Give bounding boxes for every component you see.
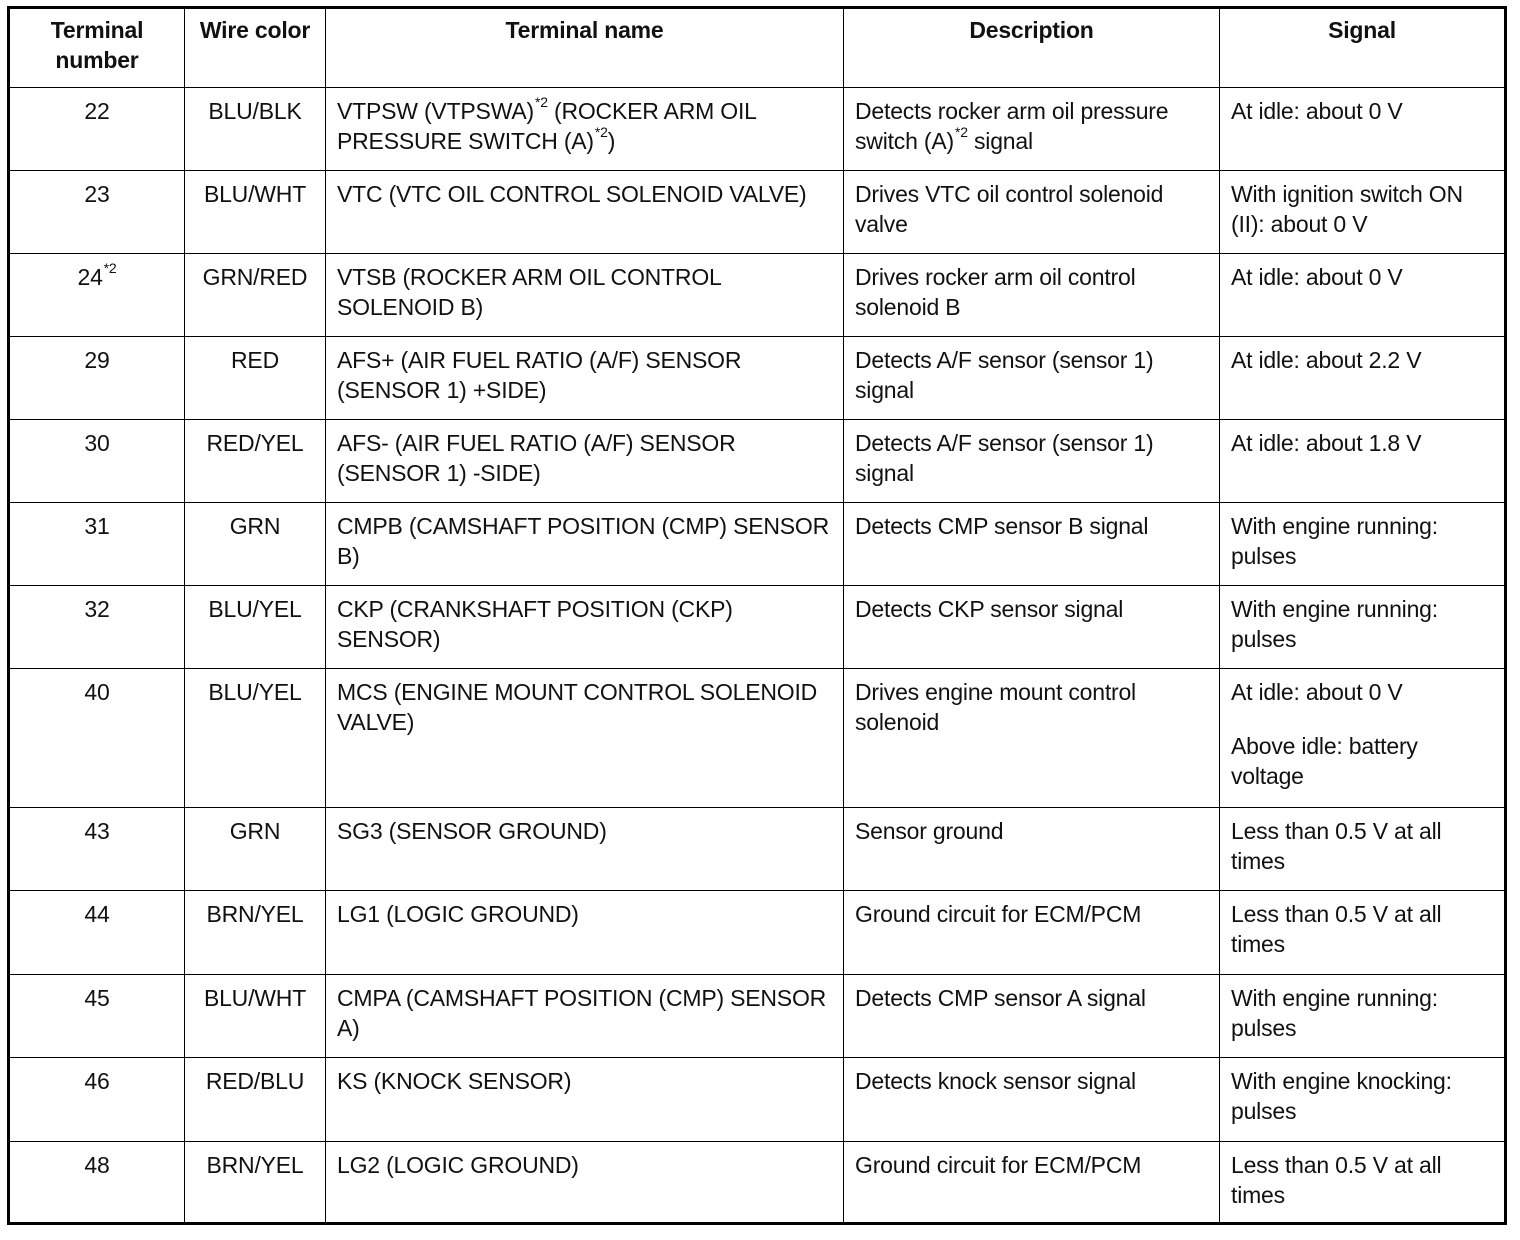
terminal-name-cell: AFS+ (AIR FUEL RATIO (A/F) SENSOR (SENSO… (326, 337, 844, 420)
cell-text: VTSB (ROCKER ARM OIL CONTROL SOLENOID B) (337, 264, 721, 320)
description-cell: Drives rocker arm oil control solenoid B (844, 254, 1220, 337)
wire-color: BLU/WHT (204, 181, 306, 207)
terminal-number-cell: 32 (9, 586, 185, 669)
cell-text: Drives VTC oil control solenoid valve (855, 181, 1163, 237)
description-cell: Ground circuit for ECM/PCM (844, 1142, 1220, 1224)
cell-text: AFS- (AIR FUEL RATIO (A/F) SENSOR (SENSO… (337, 430, 735, 486)
cell-text: Detects A/F sensor (sensor 1) signal (855, 430, 1153, 486)
terminal-name-cell: VTSB (ROCKER ARM OIL CONTROL SOLENOID B) (326, 254, 844, 337)
table-row: 30RED/YELAFS- (AIR FUEL RATIO (A/F) SENS… (9, 420, 1506, 503)
wire-color-cell: BRN/YEL (185, 1142, 326, 1224)
signal-cell: Less than 0.5 V at all times (1220, 891, 1506, 975)
terminal-number-cell: 40 (9, 669, 185, 808)
terminal-number: 32 (84, 596, 109, 622)
table-row: 40BLU/YELMCS (ENGINE MOUNT CONTROL SOLEN… (9, 669, 1506, 808)
wire-color-cell: RED (185, 337, 326, 420)
description-cell: Detects A/F sensor (sensor 1) signal (844, 420, 1220, 503)
terminal-name-cell: LG2 (LOGIC GROUND) (326, 1142, 844, 1224)
terminal-number-cell: 43 (9, 808, 185, 891)
description-cell: Ground circuit for ECM/PCM (844, 891, 1220, 975)
signal-cell: At idle: about 0 V (1220, 88, 1506, 171)
wire-color-cell: BLU/WHT (185, 975, 326, 1058)
wire-color-cell: GRN (185, 808, 326, 891)
description-cell: Detects CKP sensor signal (844, 586, 1220, 669)
signal-cell: At idle: about 0 VAbove idle: battery vo… (1220, 669, 1506, 808)
footnote-marker: *2 (535, 94, 548, 110)
signal-cell: Less than 0.5 V at all times (1220, 1142, 1506, 1224)
signal-cell: With engine knocking: pulses (1220, 1058, 1506, 1142)
table-row: 46RED/BLUKS (KNOCK SENSOR)Detects knock … (9, 1058, 1506, 1142)
terminal-name-cell: CMPA (CAMSHAFT POSITION (CMP) SENSOR A) (326, 975, 844, 1058)
cell-text: Sensor ground (855, 818, 1003, 844)
cell-text: SG3 (SENSOR GROUND) (337, 818, 607, 844)
cell-text: LG1 (LOGIC GROUND) (337, 901, 579, 927)
table-row: 32BLU/YELCKP (CRANKSHAFT POSITION (CKP) … (9, 586, 1506, 669)
cell-text: CMPA (CAMSHAFT POSITION (CMP) SENSOR A) (337, 985, 826, 1041)
table-row: 45BLU/WHTCMPA (CAMSHAFT POSITION (CMP) S… (9, 975, 1506, 1058)
wire-color: GRN (230, 513, 281, 539)
terminal-number: 31 (84, 513, 109, 539)
signal-text: Above idle: battery voltage (1231, 731, 1493, 791)
signal-text: Less than 0.5 V at all times (1231, 818, 1441, 874)
signal-cell: With engine running: pulses (1220, 503, 1506, 586)
terminal-name-cell: KS (KNOCK SENSOR) (326, 1058, 844, 1142)
wire-color: BLU/BLK (208, 98, 301, 124)
wire-color-cell: BLU/YEL (185, 586, 326, 669)
terminal-number: 44 (84, 901, 109, 927)
wire-color-cell: GRN (185, 503, 326, 586)
cell-text: AFS+ (AIR FUEL RATIO (A/F) SENSOR (SENSO… (337, 347, 741, 403)
wire-color: BLU/WHT (204, 985, 306, 1011)
cell-text: Ground circuit for ECM/PCM (855, 901, 1141, 927)
wire-color: BRN/YEL (206, 901, 303, 927)
table-row: 31GRNCMPB (CAMSHAFT POSITION (CMP) SENSO… (9, 503, 1506, 586)
terminal-number-cell: 22 (9, 88, 185, 171)
signal-text: Less than 0.5 V at all times (1231, 1152, 1441, 1208)
wire-color: BLU/YEL (208, 596, 301, 622)
wire-color: RED/YEL (206, 430, 303, 456)
cell-text: Detects CMP sensor B signal (855, 513, 1148, 539)
wire-color: BLU/YEL (208, 679, 301, 705)
signal-cell: With engine running: pulses (1220, 975, 1506, 1058)
terminal-number: 23 (84, 181, 109, 207)
signal-text: At idle: about 0 V (1231, 264, 1403, 290)
header-row: Terminal number Wire color Terminal name… (9, 8, 1506, 88)
signal-text: At idle: about 0 V (1231, 679, 1403, 705)
terminal-number-cell: 30 (9, 420, 185, 503)
signal-text: With engine knocking: pulses (1231, 1068, 1452, 1124)
cell-text: VTPSW (VTPSWA) (337, 98, 534, 124)
terminal-table: Terminal number Wire color Terminal name… (7, 6, 1507, 1225)
terminal-number-cell: 46 (9, 1058, 185, 1142)
cell-text: KS (KNOCK SENSOR) (337, 1068, 571, 1094)
signal-text: With engine running: pulses (1231, 985, 1438, 1041)
table-row: 48BRN/YELLG2 (LOGIC GROUND)Ground circui… (9, 1142, 1506, 1224)
header-terminal-name: Terminal name (326, 8, 844, 88)
wire-color: GRN (230, 818, 281, 844)
wire-color: RED/BLU (206, 1068, 304, 1094)
signal-text: At idle: about 0 V (1231, 98, 1403, 124)
table-row: 43GRNSG3 (SENSOR GROUND)Sensor groundLes… (9, 808, 1506, 891)
terminal-number: 29 (84, 347, 109, 373)
cell-text: Drives rocker arm oil control solenoid B (855, 264, 1136, 320)
signal-cell: At idle: about 2.2 V (1220, 337, 1506, 420)
terminal-name-cell: CKP (CRANKSHAFT POSITION (CKP) SENSOR) (326, 586, 844, 669)
cell-text: Detects knock sensor signal (855, 1068, 1136, 1094)
description-cell: Drives engine mount control solenoid (844, 669, 1220, 808)
wire-color-cell: BLU/BLK (185, 88, 326, 171)
terminal-name-cell: SG3 (SENSOR GROUND) (326, 808, 844, 891)
cell-text: ) (608, 128, 615, 154)
wire-color-cell: BRN/YEL (185, 891, 326, 975)
table-row: 44BRN/YELLG1 (LOGIC GROUND)Ground circui… (9, 891, 1506, 975)
terminal-number: 45 (84, 985, 109, 1011)
header-terminal-number: Terminal number (9, 8, 185, 88)
terminal-name-cell: LG1 (LOGIC GROUND) (326, 891, 844, 975)
terminal-number: 30 (84, 430, 109, 456)
signal-cell: Less than 0.5 V at all times (1220, 808, 1506, 891)
terminal-number: 46 (84, 1068, 109, 1094)
description-cell: Detects knock sensor signal (844, 1058, 1220, 1142)
table-row: 24*2GRN/REDVTSB (ROCKER ARM OIL CONTROL … (9, 254, 1506, 337)
footnote-marker: *2 (955, 124, 968, 140)
signal-cell: With engine running: pulses (1220, 586, 1506, 669)
description-cell: Detects CMP sensor B signal (844, 503, 1220, 586)
footnote-marker: *2 (104, 260, 117, 276)
signal-cell: At idle: about 1.8 V (1220, 420, 1506, 503)
cell-text: Drives engine mount control solenoid (855, 679, 1136, 735)
terminal-name-cell: CMPB (CAMSHAFT POSITION (CMP) SENSOR B) (326, 503, 844, 586)
cell-text: MCS (ENGINE MOUNT CONTROL SOLENOID VALVE… (337, 679, 817, 735)
terminal-name-cell: AFS- (AIR FUEL RATIO (A/F) SENSOR (SENSO… (326, 420, 844, 503)
description-cell: Detects CMP sensor A signal (844, 975, 1220, 1058)
header-wire-color: Wire color (185, 8, 326, 88)
signal-text: At idle: about 1.8 V (1231, 430, 1421, 456)
wire-color-cell: BLU/WHT (185, 171, 326, 254)
terminal-name-cell: VTPSW (VTPSWA)*2 (ROCKER ARM OIL PRESSUR… (326, 88, 844, 171)
wire-color: BRN/YEL (206, 1152, 303, 1178)
table-row: 22BLU/BLKVTPSW (VTPSWA)*2 (ROCKER ARM OI… (9, 88, 1506, 171)
terminal-number: 48 (84, 1152, 109, 1178)
terminal-number-cell: 31 (9, 503, 185, 586)
cell-text: LG2 (LOGIC GROUND) (337, 1152, 579, 1178)
footnote-marker: *2 (595, 124, 608, 140)
terminal-number-cell: 23 (9, 171, 185, 254)
signal-cell: At idle: about 0 V (1220, 254, 1506, 337)
description-cell: Drives VTC oil control solenoid valve (844, 171, 1220, 254)
cell-text: Detects CMP sensor A signal (855, 985, 1146, 1011)
terminal-number-cell: 48 (9, 1142, 185, 1224)
terminal-number: 40 (84, 679, 109, 705)
wire-color-cell: RED/YEL (185, 420, 326, 503)
cell-text: signal (968, 128, 1033, 154)
terminal-number-cell: 44 (9, 891, 185, 975)
terminal-name-cell: VTC (VTC OIL CONTROL SOLENOID VALVE) (326, 171, 844, 254)
description-cell: Detects A/F sensor (sensor 1) signal (844, 337, 1220, 420)
cell-text: Detects A/F sensor (sensor 1) signal (855, 347, 1153, 403)
terminal-name-cell: MCS (ENGINE MOUNT CONTROL SOLENOID VALVE… (326, 669, 844, 808)
wire-color: RED (231, 347, 279, 373)
terminal-number-cell: 24*2 (9, 254, 185, 337)
header-description: Description (844, 8, 1220, 88)
wire-color-cell: GRN/RED (185, 254, 326, 337)
cell-text: Ground circuit for ECM/PCM (855, 1152, 1141, 1178)
table-body: 22BLU/BLKVTPSW (VTPSWA)*2 (ROCKER ARM OI… (9, 88, 1506, 1224)
header-signal: Signal (1220, 8, 1506, 88)
signal-text: With engine running: pulses (1231, 513, 1438, 569)
table-row: 23BLU/WHTVTC (VTC OIL CONTROL SOLENOID V… (9, 171, 1506, 254)
terminal-number-cell: 45 (9, 975, 185, 1058)
description-cell: Detects rocker arm oil pressure switch (… (844, 88, 1220, 171)
description-cell: Sensor ground (844, 808, 1220, 891)
signal-text: Less than 0.5 V at all times (1231, 901, 1441, 957)
terminal-number: 24 (77, 264, 102, 290)
signal-cell: With ignition switch ON (II): about 0 V (1220, 171, 1506, 254)
signal-text: With engine running: pulses (1231, 596, 1438, 652)
table-row: 29REDAFS+ (AIR FUEL RATIO (A/F) SENSOR (… (9, 337, 1506, 420)
signal-text: At idle: about 2.2 V (1231, 347, 1421, 373)
terminal-number: 22 (84, 98, 109, 124)
wire-color-cell: BLU/YEL (185, 669, 326, 808)
terminal-number: 43 (84, 818, 109, 844)
cell-text: CMPB (CAMSHAFT POSITION (CMP) SENSOR B) (337, 513, 829, 569)
cell-text: CKP (CRANKSHAFT POSITION (CKP) SENSOR) (337, 596, 733, 652)
cell-text: Detects CKP sensor signal (855, 596, 1123, 622)
cell-text: VTC (VTC OIL CONTROL SOLENOID VALVE) (337, 181, 807, 207)
signal-text: With ignition switch ON (II): about 0 V (1231, 181, 1463, 237)
wire-color-cell: RED/BLU (185, 1058, 326, 1142)
terminal-number-cell: 29 (9, 337, 185, 420)
wire-color: GRN/RED (203, 264, 308, 290)
